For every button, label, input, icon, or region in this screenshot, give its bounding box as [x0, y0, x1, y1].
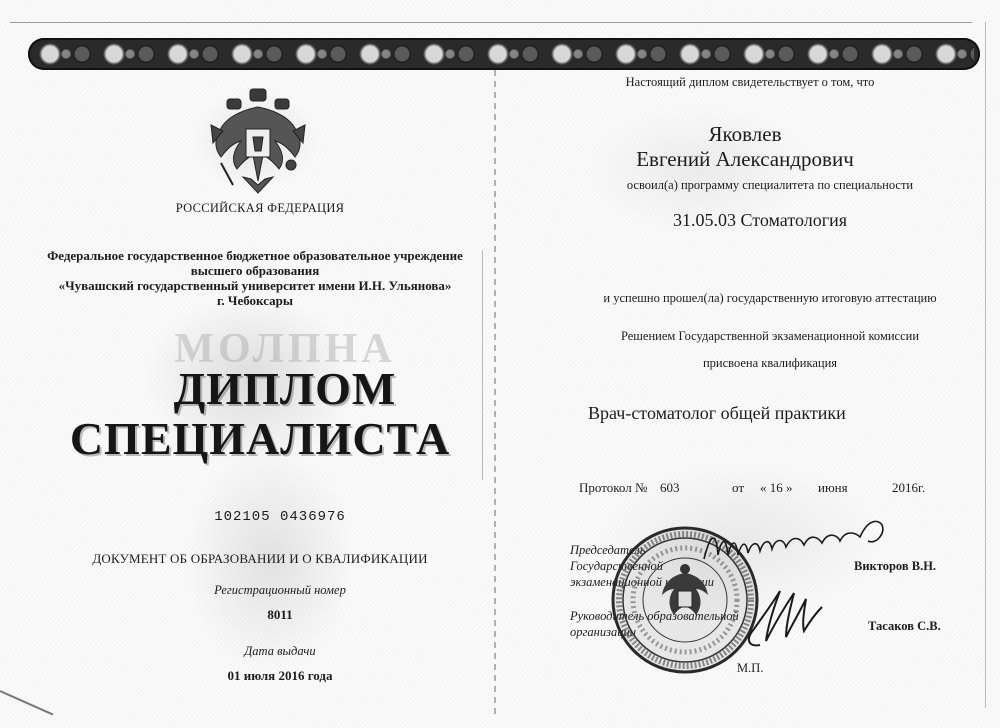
registration-number: 8011 [150, 607, 410, 623]
head-signature [740, 585, 830, 650]
graduate-given-names: Евгений Александрович [540, 147, 950, 172]
protocol-day: « 16 » [760, 480, 793, 496]
diploma-title: ДИПЛОМ [90, 362, 480, 415]
attestation-text: и успешно прошел(ла) государственную ито… [540, 291, 1000, 306]
qualification: Врач-стоматолог общей практики [588, 403, 968, 424]
registration-label: Регистрационный номер [150, 583, 410, 598]
country-name: РОССИЙСКАЯ ФЕДЕРАЦИЯ [130, 201, 390, 216]
certifies-text: Настоящий диплом свидетельствует о том, … [540, 75, 960, 90]
protocol-number: 603 [660, 480, 680, 496]
protocol-from: от [732, 480, 744, 496]
issue-date-label: Дата выдачи [150, 644, 410, 659]
coat-of-arms-icon [203, 85, 313, 200]
stamp-place: М.П. [737, 661, 763, 676]
institution-name: Федеральное государственное бюджетное об… [20, 248, 490, 308]
ornamental-band-icon [28, 38, 980, 70]
qualification-awarded-text: присвоена квалификация [540, 356, 1000, 371]
serial-number: 102105 0436976 [150, 509, 410, 525]
graduate-surname: Яковлев [540, 122, 950, 147]
program-text: освоил(а) программу специалитета по спец… [560, 178, 980, 193]
specialty: 31.05.03 Стоматология [580, 210, 940, 231]
head-name: Тасаков С.В. [868, 619, 941, 634]
corner-crease [0, 690, 53, 715]
protocol-label: Протокол № [579, 480, 647, 496]
document-type: ДОКУМЕНТ ОБ ОБРАЗОВАНИИ И О КВАЛИФИКАЦИИ [40, 551, 480, 567]
commission-decision: Решением Государственной экзаменационной… [540, 329, 1000, 344]
chair-name: Викторов В.Н. [854, 559, 936, 574]
issue-date: 01 июля 2016 года [150, 668, 410, 684]
page-edge [10, 22, 972, 23]
diploma-subtitle: СПЕЦИАЛИСТА [20, 412, 500, 465]
fold-line [494, 70, 496, 718]
protocol-month: июня [818, 480, 848, 496]
protocol-year: 2016г. [892, 480, 925, 496]
